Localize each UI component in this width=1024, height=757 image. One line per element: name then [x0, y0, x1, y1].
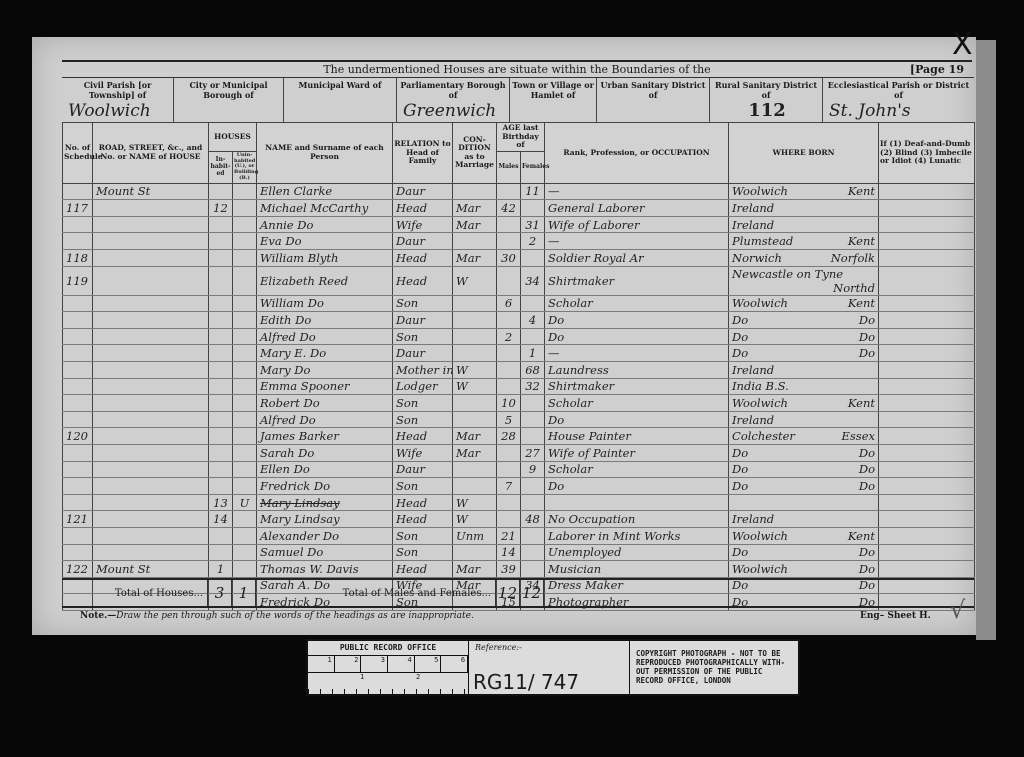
table-row: 122Mount St1Thomas W. DavisHeadMar39Musi… [63, 561, 975, 578]
relation-cell: Daur [393, 345, 453, 362]
birth-place: Do [732, 462, 748, 476]
col-schedule: No. of Schedule [63, 123, 93, 184]
road-cell [93, 328, 209, 345]
birth-place: Woolwich [732, 562, 788, 576]
schedule-cell [63, 183, 93, 200]
male-age-cell [497, 266, 521, 295]
where-born-cell: DoDo [729, 544, 879, 561]
female-age-cell: 31 [521, 216, 545, 233]
male-age-cell [497, 444, 521, 461]
schedule-cell [63, 312, 93, 329]
female-age-cell: 11 [521, 183, 545, 200]
birth-place: Do [732, 446, 748, 460]
birth-county: Essex [842, 429, 876, 443]
birth-county: Do [859, 346, 875, 360]
relation-cell: Head [393, 266, 453, 295]
col-inhabited: In-habit-ed [209, 151, 233, 183]
birth-county: Do [859, 462, 875, 476]
inhabited-cell [209, 411, 233, 428]
where-born-cell: India B.S. [729, 378, 879, 395]
female-age-cell [521, 544, 545, 561]
birth-county: Kent [848, 296, 875, 310]
col-occupation: Rank, Profession, or OCCUPATION [545, 123, 729, 184]
birth-place: Newcastle on Tyne [732, 267, 843, 281]
condition-cell: Mar [453, 428, 497, 445]
table-row: William DoSon6ScholarWoolwichKent [63, 295, 975, 312]
table-row: Sarah DoWifeMar27Wife of PainterDoDo [63, 444, 975, 461]
totals-row: Total of Houses... 3 1 Total of Males an… [62, 578, 974, 608]
inhabited-cell [209, 444, 233, 461]
infirmity-cell [879, 183, 975, 200]
district-label: Civil Parish [or Township] of [62, 80, 173, 100]
inhabited-cell [209, 250, 233, 267]
table-row: Samuel DoSon14UnemployedDoDo [63, 544, 975, 561]
relation-cell: Head [393, 200, 453, 217]
road-cell [93, 266, 209, 295]
district-label: Rural Sanitary District of [710, 80, 822, 100]
male-age-cell [497, 345, 521, 362]
road-cell [93, 378, 209, 395]
col-road: ROAD, STREET, &c., and No. or NAME of HO… [93, 123, 209, 184]
birth-place: Woolwich [732, 296, 788, 310]
col-uninhabited: Unin-habited (U.), or Building (B.) [233, 151, 257, 183]
name-cell: Annie Do [257, 216, 393, 233]
road-cell [93, 345, 209, 362]
schedule-cell [63, 544, 93, 561]
uninhabited-cell [233, 478, 257, 495]
name-cell: Mary Lindsay [257, 511, 393, 528]
birth-county: Norfolk [831, 251, 875, 265]
birth-county: Do [859, 562, 875, 576]
birth-county: Kent [848, 184, 875, 198]
birth-place: Do [732, 313, 748, 327]
where-born-cell: DoDo [729, 444, 879, 461]
road-cell [93, 428, 209, 445]
male-age-cell [497, 216, 521, 233]
district-value: St. John's [829, 101, 970, 121]
pro-ruler: 1 2 3 4 5 6 [308, 656, 468, 673]
condition-cell [453, 233, 497, 250]
name-cell: Thomas W. Davis [257, 561, 393, 578]
relation-cell: Son [393, 527, 453, 544]
occupation-cell: Scholar [545, 461, 729, 478]
male-age-cell [497, 183, 521, 200]
condition-cell [453, 345, 497, 362]
name-cell: Samuel Do [257, 544, 393, 561]
birth-place: Do [732, 545, 748, 559]
female-age-cell [521, 250, 545, 267]
condition-cell: Mar [453, 250, 497, 267]
road-cell [93, 411, 209, 428]
female-age-cell [521, 478, 545, 495]
corner-cross-mark: X [952, 30, 973, 60]
district-label: Parliamentary Borough of [397, 80, 509, 100]
road-cell [93, 478, 209, 495]
inhabited-cell: 1 [209, 561, 233, 578]
pro-ruler-block: PUBLIC RECORD OFFICE 1 2 3 4 5 6 1 2 [308, 641, 469, 694]
infirmity-cell [879, 312, 975, 329]
header-row: No. of Schedule ROAD, STREET, &c., and N… [63, 123, 975, 152]
condition-cell [453, 395, 497, 412]
female-age-cell: 68 [521, 361, 545, 378]
uninhabited-cell [233, 444, 257, 461]
total-uninhabited: 1 [232, 580, 256, 606]
col-condition: CON-DITION as to Marriage [453, 123, 497, 184]
census-table: No. of Schedule ROAD, STREET, &c., and N… [62, 122, 975, 611]
male-age-cell [497, 511, 521, 528]
relation-cell: Daur [393, 233, 453, 250]
table-row: Mary DoMother in LawW68LaundressIreland [63, 361, 975, 378]
infirmity-cell [879, 428, 975, 445]
condition-cell [453, 183, 497, 200]
inhabited-cell [209, 395, 233, 412]
occupation-cell: Laborer in Mint Works [545, 527, 729, 544]
uninhabited-cell [233, 233, 257, 250]
table-row: Edith DoDaur4DoDoDo [63, 312, 975, 329]
inhabited-cell [209, 328, 233, 345]
occupation-cell: House Painter [545, 428, 729, 445]
col-relation: RELATION to Head of Family [393, 123, 453, 184]
ruler-mark: 3 [361, 656, 388, 672]
birth-place: Woolwich [732, 396, 788, 410]
condition-cell: W [453, 266, 497, 295]
inhabited-cell: 12 [209, 200, 233, 217]
uninhabited-cell [233, 295, 257, 312]
inhabited-cell [209, 478, 233, 495]
name-cell: Alfred Do [257, 328, 393, 345]
condition-cell [453, 411, 497, 428]
schedule-cell [63, 494, 93, 511]
infirmity-cell [879, 328, 975, 345]
female-age-cell: 1 [521, 345, 545, 362]
birth-county: Do [859, 313, 875, 327]
infirmity-cell [879, 444, 975, 461]
district-rural-sanitary: Rural Sanitary District of112 [710, 78, 823, 123]
inhabited-cell [209, 233, 233, 250]
schedule-cell [63, 444, 93, 461]
uninhabited-cell [233, 345, 257, 362]
table-row: 118William BlythHeadMar30Soldier Royal A… [63, 250, 975, 267]
condition-cell: W [453, 361, 497, 378]
male-age-cell: 7 [497, 478, 521, 495]
district-label: Urban Sanitary District of [597, 80, 709, 100]
name-cell: Mary Lindsay [257, 494, 393, 511]
birth-county: Kent [848, 396, 875, 410]
condition-cell: W [453, 494, 497, 511]
female-age-cell [521, 428, 545, 445]
table-row: Annie DoWifeMar31Wife of LaborerIreland [63, 216, 975, 233]
occupation-cell: Shirtmaker [545, 266, 729, 295]
schedule-cell: 121 [63, 511, 93, 528]
col-females: Females [521, 151, 545, 183]
female-age-cell [521, 561, 545, 578]
check-mark-icon: √ [950, 596, 965, 624]
infirmity-cell [879, 411, 975, 428]
road-cell [93, 511, 209, 528]
male-age-cell: 5 [497, 411, 521, 428]
inhabited-cell [209, 295, 233, 312]
birth-county: Do [859, 479, 875, 493]
road-cell: Mount St [93, 561, 209, 578]
infirmity-cell [879, 361, 975, 378]
occupation-cell: Unemployed [545, 544, 729, 561]
birth-county: Kent [848, 529, 875, 543]
ruler-mark: 4 [388, 656, 415, 672]
copyright-notice: COPYRIGHT PHOTOGRAPH - NOT TO BE REPRODU… [630, 641, 798, 694]
occupation-cell: — [545, 183, 729, 200]
uninhabited-cell [233, 266, 257, 295]
inhabited-cell: 14 [209, 511, 233, 528]
occupation-cell: Wife of Painter [545, 444, 729, 461]
male-age-cell: 6 [497, 295, 521, 312]
male-age-cell: 39 [497, 561, 521, 578]
infirmity-cell [879, 494, 975, 511]
female-age-cell: 48 [521, 511, 545, 528]
birth-place: Ireland [732, 201, 774, 215]
road-cell [93, 544, 209, 561]
infirmity-cell [879, 395, 975, 412]
ruler-mark: 5 [415, 656, 442, 672]
name-cell: Robert Do [257, 395, 393, 412]
name-cell: Ellen Clarke [257, 183, 393, 200]
relation-cell: Son [393, 295, 453, 312]
schedule-cell [63, 478, 93, 495]
district-ecclesiastical-parish: Ecclesiastical Parish or District ofSt. … [823, 78, 974, 123]
relation-cell: Son [393, 478, 453, 495]
uninhabited-cell [233, 544, 257, 561]
pro-reference-block: Reference:- RG11/ 747 [469, 641, 630, 694]
schedule-cell [63, 361, 93, 378]
female-age-cell [521, 328, 545, 345]
district-urban-sanitary: Urban Sanitary District of [597, 78, 710, 123]
district-label: Municipal Ward of [284, 80, 396, 90]
ruler-mark: 2 [335, 656, 362, 672]
male-age-cell: 42 [497, 200, 521, 217]
birth-place: Colchester [732, 429, 795, 443]
birth-place: Woolwich [732, 529, 788, 543]
footer-note: Note.—Draw the pen through such of the w… [80, 611, 474, 621]
female-age-cell: 32 [521, 378, 545, 395]
birth-place: India B.S. [732, 379, 789, 393]
uninhabited-cell [233, 328, 257, 345]
uninhabited-cell [233, 561, 257, 578]
where-born-cell: Ireland [729, 511, 879, 528]
schedule-cell [63, 461, 93, 478]
road-cell [93, 444, 209, 461]
inhabited-cell [209, 183, 233, 200]
infirmity-cell [879, 461, 975, 478]
condition-cell [453, 461, 497, 478]
female-age-cell [521, 411, 545, 428]
uninhabited-cell [233, 200, 257, 217]
table-row: Fredrick DoSon7DoDoDo [63, 478, 975, 495]
col-where-born: WHERE BORN [729, 123, 879, 184]
total-females: 12 [520, 580, 544, 606]
female-age-cell [521, 395, 545, 412]
district-value: Greenwich [403, 101, 505, 121]
name-cell: Ellen Do [257, 461, 393, 478]
relation-cell: Head [393, 511, 453, 528]
infirmity-cell [879, 527, 975, 544]
where-born-cell: DoDo [729, 312, 879, 329]
name-cell: Mary E. Do [257, 345, 393, 362]
uninhabited-cell: U [233, 494, 257, 511]
infirmity-cell [879, 200, 975, 217]
where-born-cell [729, 494, 879, 511]
name-cell: James Barker [257, 428, 393, 445]
birth-place: Norwich [732, 251, 782, 265]
schedule-cell [63, 345, 93, 362]
schedule-cell: 119 [63, 266, 93, 295]
col-age: AGE last Birthday of [497, 123, 545, 152]
where-born-cell: WoolwichKent [729, 295, 879, 312]
scale-mark: 1 [360, 673, 364, 681]
scale-mark: 2 [416, 673, 420, 681]
district-value: 112 [716, 100, 818, 121]
pro-scale: 1 2 [308, 673, 468, 694]
reference-value: RG11/ 747 [473, 670, 579, 694]
ruler-mark: 6 [441, 656, 468, 672]
occupation-cell: Shirtmaker [545, 378, 729, 395]
where-born-cell: Newcastle on TyneNorthd [729, 266, 879, 295]
col-males: Males [497, 151, 521, 183]
birth-place: Do [732, 330, 748, 344]
where-born-cell: DoDo [729, 328, 879, 345]
where-born-cell: Ireland [729, 361, 879, 378]
district-label: Town or Village or Hamlet of [510, 80, 596, 100]
condition-cell [453, 328, 497, 345]
page-number: [Page 19 [910, 62, 964, 78]
infirmity-cell [879, 511, 975, 528]
table-row: 119Elizabeth ReedHeadW34ShirtmakerNewcas… [63, 266, 975, 295]
sheet-id: Eng– Sheet H. [860, 611, 931, 621]
schedule-cell [63, 295, 93, 312]
occupation-cell: — [545, 233, 729, 250]
birth-place: Woolwich [732, 184, 788, 198]
road-cell [93, 250, 209, 267]
uninhabited-cell [233, 428, 257, 445]
male-age-cell: 14 [497, 544, 521, 561]
road-cell [93, 200, 209, 217]
female-age-cell [521, 494, 545, 511]
occupation-cell: Do [545, 478, 729, 495]
condition-cell: W [453, 511, 497, 528]
male-age-cell: 28 [497, 428, 521, 445]
female-age-cell [521, 527, 545, 544]
road-cell [93, 312, 209, 329]
district-label: City or Municipal Borough of [174, 80, 283, 100]
male-age-cell [497, 378, 521, 395]
male-age-cell: 21 [497, 527, 521, 544]
relation-cell: Daur [393, 183, 453, 200]
where-born-cell: Ireland [729, 411, 879, 428]
female-age-cell [521, 295, 545, 312]
road-cell [93, 361, 209, 378]
where-born-cell: Ireland [729, 200, 879, 217]
where-born-cell: WoolwichKent [729, 395, 879, 412]
road-cell [93, 216, 209, 233]
relation-cell: Son [393, 411, 453, 428]
schedule-cell [63, 527, 93, 544]
where-born-cell: WoolwichDo [729, 561, 879, 578]
col-name: NAME and Surname of each Person [257, 123, 393, 184]
name-cell: Sarah Do [257, 444, 393, 461]
col-infirmity: If (1) Deaf-and-Dumb (2) Blind (3) Imbec… [879, 123, 975, 184]
condition-cell: Mar [453, 561, 497, 578]
condition-cell: W [453, 378, 497, 395]
district-label: Ecclesiastical Parish or District of [823, 80, 974, 100]
table-row: Mary E. DoDaur1—DoDo [63, 345, 975, 362]
schedule-cell [63, 378, 93, 395]
condition-cell [453, 478, 497, 495]
inhabited-cell [209, 312, 233, 329]
sheet-banner: The undermentioned Houses are situate wi… [62, 60, 972, 78]
total-houses-label: Total of Houses... [62, 580, 208, 606]
table-row: Emma SpoonerLodgerW32ShirtmakerIndia B.S… [63, 378, 975, 395]
road-cell [93, 395, 209, 412]
inhabited-cell [209, 216, 233, 233]
note-text: Draw the pen through such of the words o… [116, 611, 474, 621]
inhabited-cell [209, 361, 233, 378]
uninhabited-cell [233, 461, 257, 478]
uninhabited-cell [233, 361, 257, 378]
infirmity-cell [879, 295, 975, 312]
total-persons-label: Total of Males and Females... [256, 580, 496, 606]
occupation-cell: Do [545, 411, 729, 428]
table-row: Mount StEllen ClarkeDaur11—WoolwichKent [63, 183, 975, 200]
where-born-cell: DoDo [729, 345, 879, 362]
district-municipal-borough: City or Municipal Borough of [174, 78, 284, 123]
road-cell [93, 233, 209, 250]
male-age-cell: 30 [497, 250, 521, 267]
occupation-cell: — [545, 345, 729, 362]
relation-cell: Head [393, 250, 453, 267]
name-cell: Elizabeth Reed [257, 266, 393, 295]
name-cell: Eva Do [257, 233, 393, 250]
condition-cell [453, 312, 497, 329]
name-cell: Michael McCarthy [257, 200, 393, 217]
where-born-cell: ColchesterEssex [729, 428, 879, 445]
inhabited-cell [209, 544, 233, 561]
name-cell: Fredrick Do [257, 478, 393, 495]
infirmity-cell [879, 378, 975, 395]
name-cell: Alexander Do [257, 527, 393, 544]
schedule-cell: 120 [63, 428, 93, 445]
condition-cell [453, 544, 497, 561]
male-age-cell [497, 461, 521, 478]
relation-cell: Lodger [393, 378, 453, 395]
name-cell: Edith Do [257, 312, 393, 329]
relation-cell: Son [393, 328, 453, 345]
note-prefix: Note.— [80, 611, 116, 621]
schedule-cell: 122 [63, 561, 93, 578]
schedule-cell [63, 395, 93, 412]
infirmity-cell [879, 345, 975, 362]
birth-place: Do [732, 479, 748, 493]
birth-county: Do [859, 545, 875, 559]
condition-cell: Mar [453, 444, 497, 461]
female-age-cell: 4 [521, 312, 545, 329]
where-born-cell: PlumsteadKent [729, 233, 879, 250]
inhabited-cell: 13 [209, 494, 233, 511]
infirmity-cell [879, 266, 975, 295]
birth-place: Ireland [732, 413, 774, 427]
table-row: 11712Michael McCarthyHeadMar42General La… [63, 200, 975, 217]
district-header-row: Civil Parish [or Township] ofWoolwich Ci… [62, 77, 974, 125]
name-cell: Mary Do [257, 361, 393, 378]
infirmity-cell [879, 216, 975, 233]
where-born-cell: DoDo [729, 478, 879, 495]
